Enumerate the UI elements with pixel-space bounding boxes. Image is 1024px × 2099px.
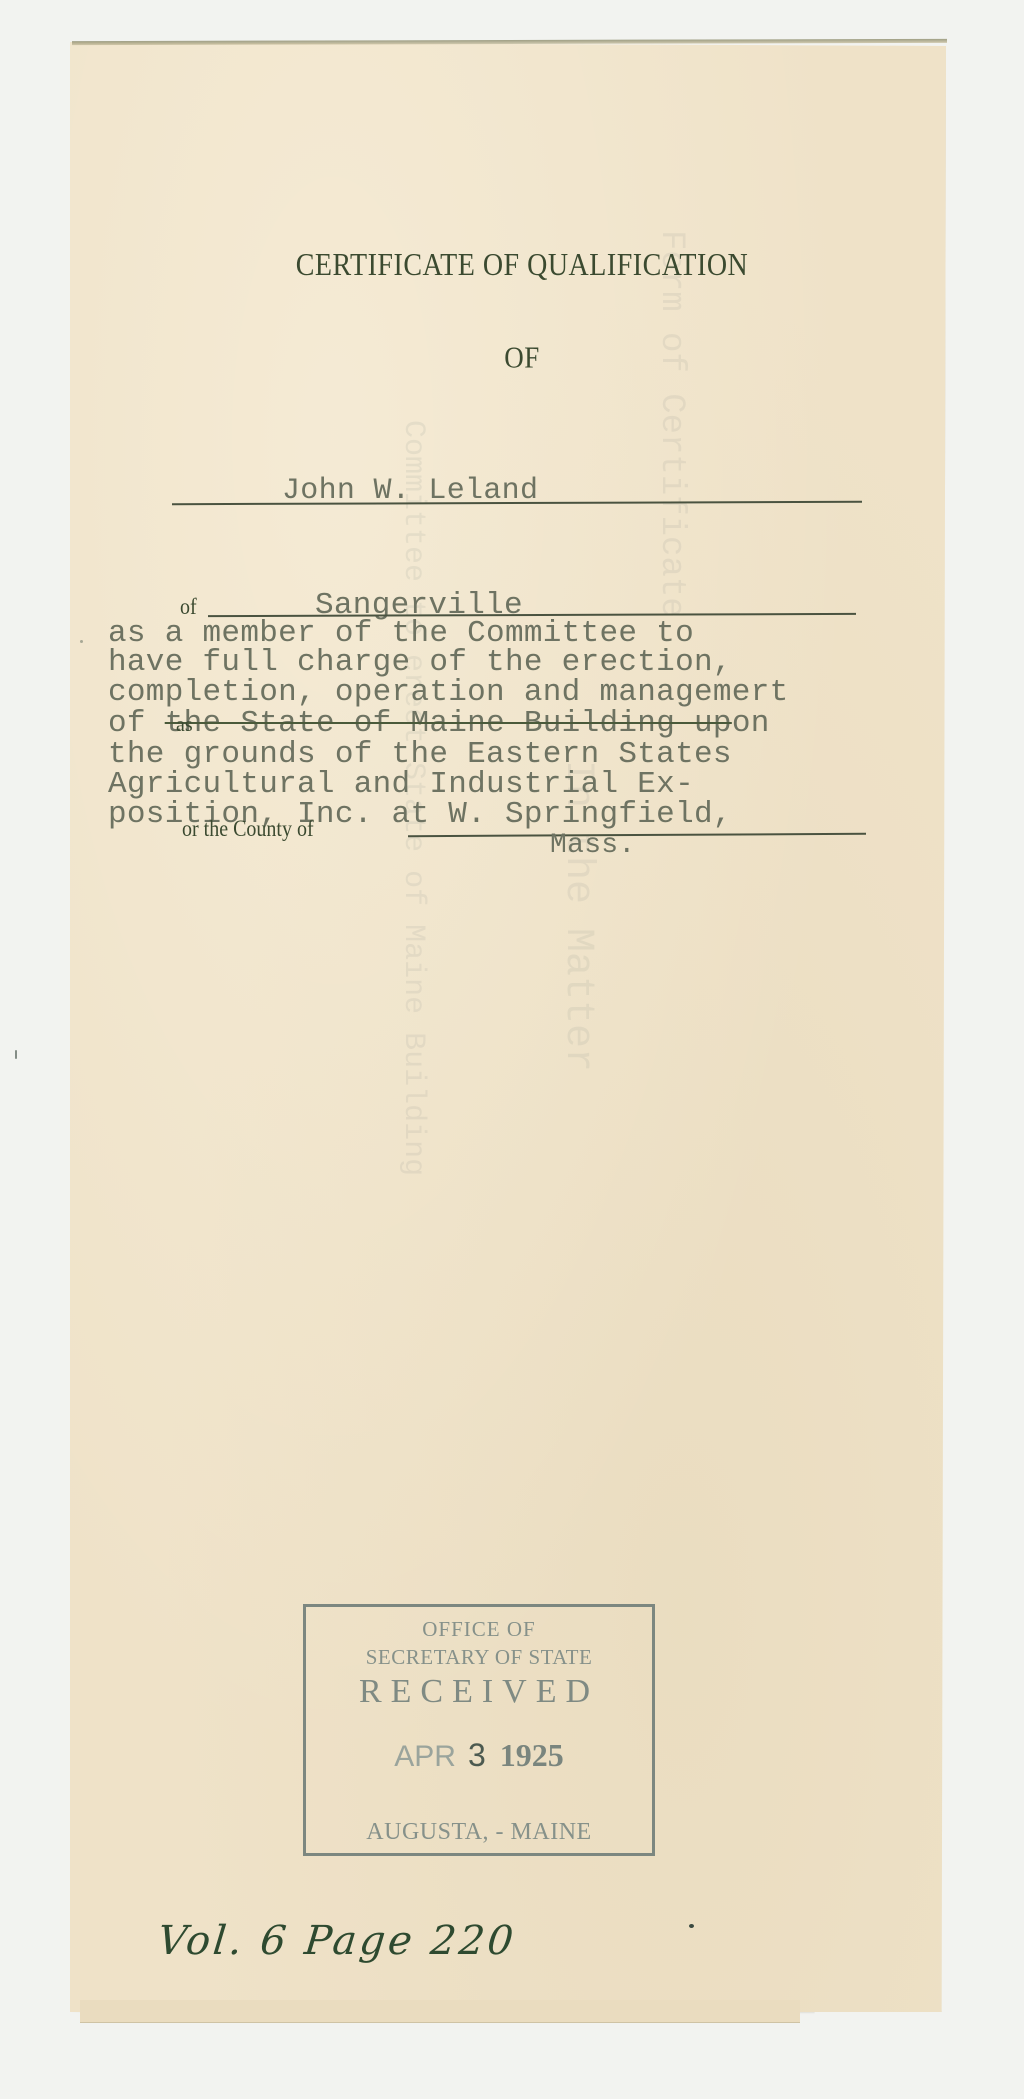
- stamp-office-of: OFFICE OF: [306, 1617, 652, 1642]
- stamp-date-day: 3: [468, 1737, 486, 1773]
- of-prefix: of: [108, 706, 165, 741]
- stamp-date-year: 1925: [500, 1737, 564, 1773]
- of-heading: OF: [10, 340, 1024, 376]
- paper-bottom-tab: [80, 2000, 800, 2023]
- stamp-received: RECEIVED: [306, 1673, 652, 1711]
- body-line-4: of the State of Maine Building upon: [108, 706, 770, 741]
- stamp-location: AUGUSTA, - MAINE: [306, 1819, 652, 1846]
- county-label: or the County of: [182, 816, 314, 842]
- certificate-title: CERTIFICATE OF QUALIFICATION: [10, 248, 1024, 285]
- ink-speck: [689, 1924, 694, 1928]
- line-suffix: on: [732, 706, 770, 741]
- received-stamp: OFFICE OF SECRETARY OF STATE RECEIVED AP…: [303, 1604, 655, 1856]
- handwritten-volume-page: Vol. 6 Page 220: [156, 1918, 519, 1964]
- stamp-date: APR31925: [306, 1737, 652, 1774]
- ink-speck: [80, 640, 83, 643]
- stamp-date-month: APR: [394, 1740, 456, 1773]
- body-line-3: completion, operation and managemert: [108, 675, 789, 710]
- struck-text: the State of Maine Building up: [165, 706, 732, 741]
- ink-speck: [15, 1050, 17, 1059]
- inserted-word-as: as: [176, 714, 193, 737]
- stamp-secretary-of-state: SECRETARY OF STATE: [306, 1645, 652, 1670]
- county-field-value: Mass.: [550, 830, 636, 861]
